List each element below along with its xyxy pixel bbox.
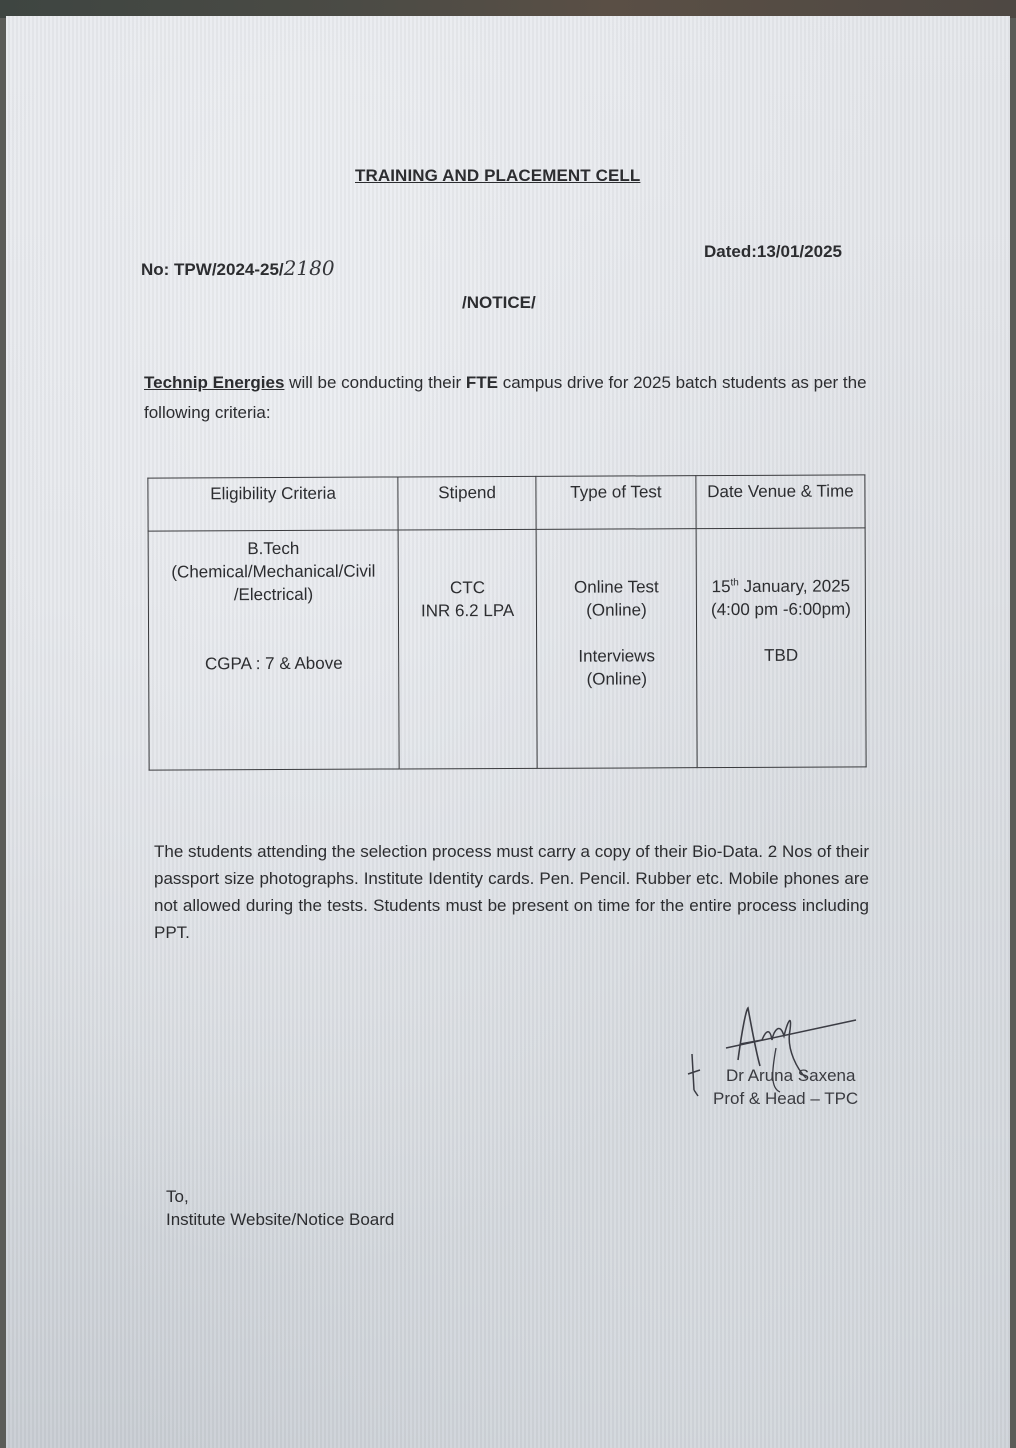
branches-line-1: (Chemical/Mechanical/Civil: [151, 559, 396, 583]
branches-line-2: /Electrical): [151, 582, 396, 606]
table-row: B.Tech (Chemical/Mechanical/Civil /Elect…: [148, 528, 866, 770]
test-2-mode: (Online): [539, 667, 694, 691]
reference-prefix: No: TPW/2024-25/: [141, 260, 284, 279]
company-name: Technip Energies: [144, 373, 284, 392]
eligibility-cell: B.Tech (Chemical/Mechanical/Civil /Elect…: [148, 530, 399, 770]
reference-number: No: TPW/2024-25/2180: [141, 256, 335, 280]
table-header-row: Eligibility Criteria Stipend Type of Tes…: [148, 475, 865, 531]
test-2: Interviews: [539, 644, 694, 668]
header-eligibility: Eligibility Criteria: [148, 477, 398, 531]
header-date-venue-time: Date Venue & Time: [696, 475, 865, 529]
instructions-paragraph: The students attending the selection pro…: [154, 838, 869, 946]
degree: B.Tech: [151, 536, 396, 560]
handwritten-reference: 2180: [284, 256, 335, 280]
test-type-cell: Online Test (Online) Interviews (Online): [536, 529, 697, 769]
test-1-mode: (Online): [539, 598, 694, 622]
test-time: (4:00 pm -6:00pm): [699, 597, 863, 621]
test-date: 15th January, 2025: [699, 574, 863, 598]
document-header: TRAINING AND PLACEMENT CELL: [355, 166, 640, 186]
header-test-type: Type of Test: [536, 476, 696, 530]
schedule-cell: 15th January, 2025 (4:00 pm -6:00pm) TBD: [696, 528, 866, 768]
intro-paragraph: Technip Energies will be conducting thei…: [144, 368, 869, 428]
stipend-type: CTC: [401, 576, 534, 600]
test-1: Online Test: [539, 575, 694, 599]
stipend-amount: INR 6.2 LPA: [401, 599, 534, 623]
stipend-cell: CTC INR 6.2 LPA: [398, 529, 537, 769]
notice-label: /NOTICE/: [462, 293, 536, 313]
drive-type: FTE: [466, 373, 498, 392]
header-stipend: Stipend: [398, 476, 536, 530]
criteria-table: Eligibility Criteria Stipend Type of Tes…: [147, 474, 866, 770]
cgpa-requirement: CGPA : 7 & Above: [151, 651, 396, 675]
signatory-name: Dr Aruna Saxena: [726, 1066, 855, 1086]
recipient-target: Institute Website/Notice Board: [166, 1210, 394, 1230]
interview-date: TBD: [699, 643, 863, 667]
document-date: Dated:13/01/2025: [704, 242, 842, 262]
signatory-title: Prof & Head – TPC: [713, 1089, 858, 1109]
recipient-label: To,: [166, 1187, 189, 1207]
